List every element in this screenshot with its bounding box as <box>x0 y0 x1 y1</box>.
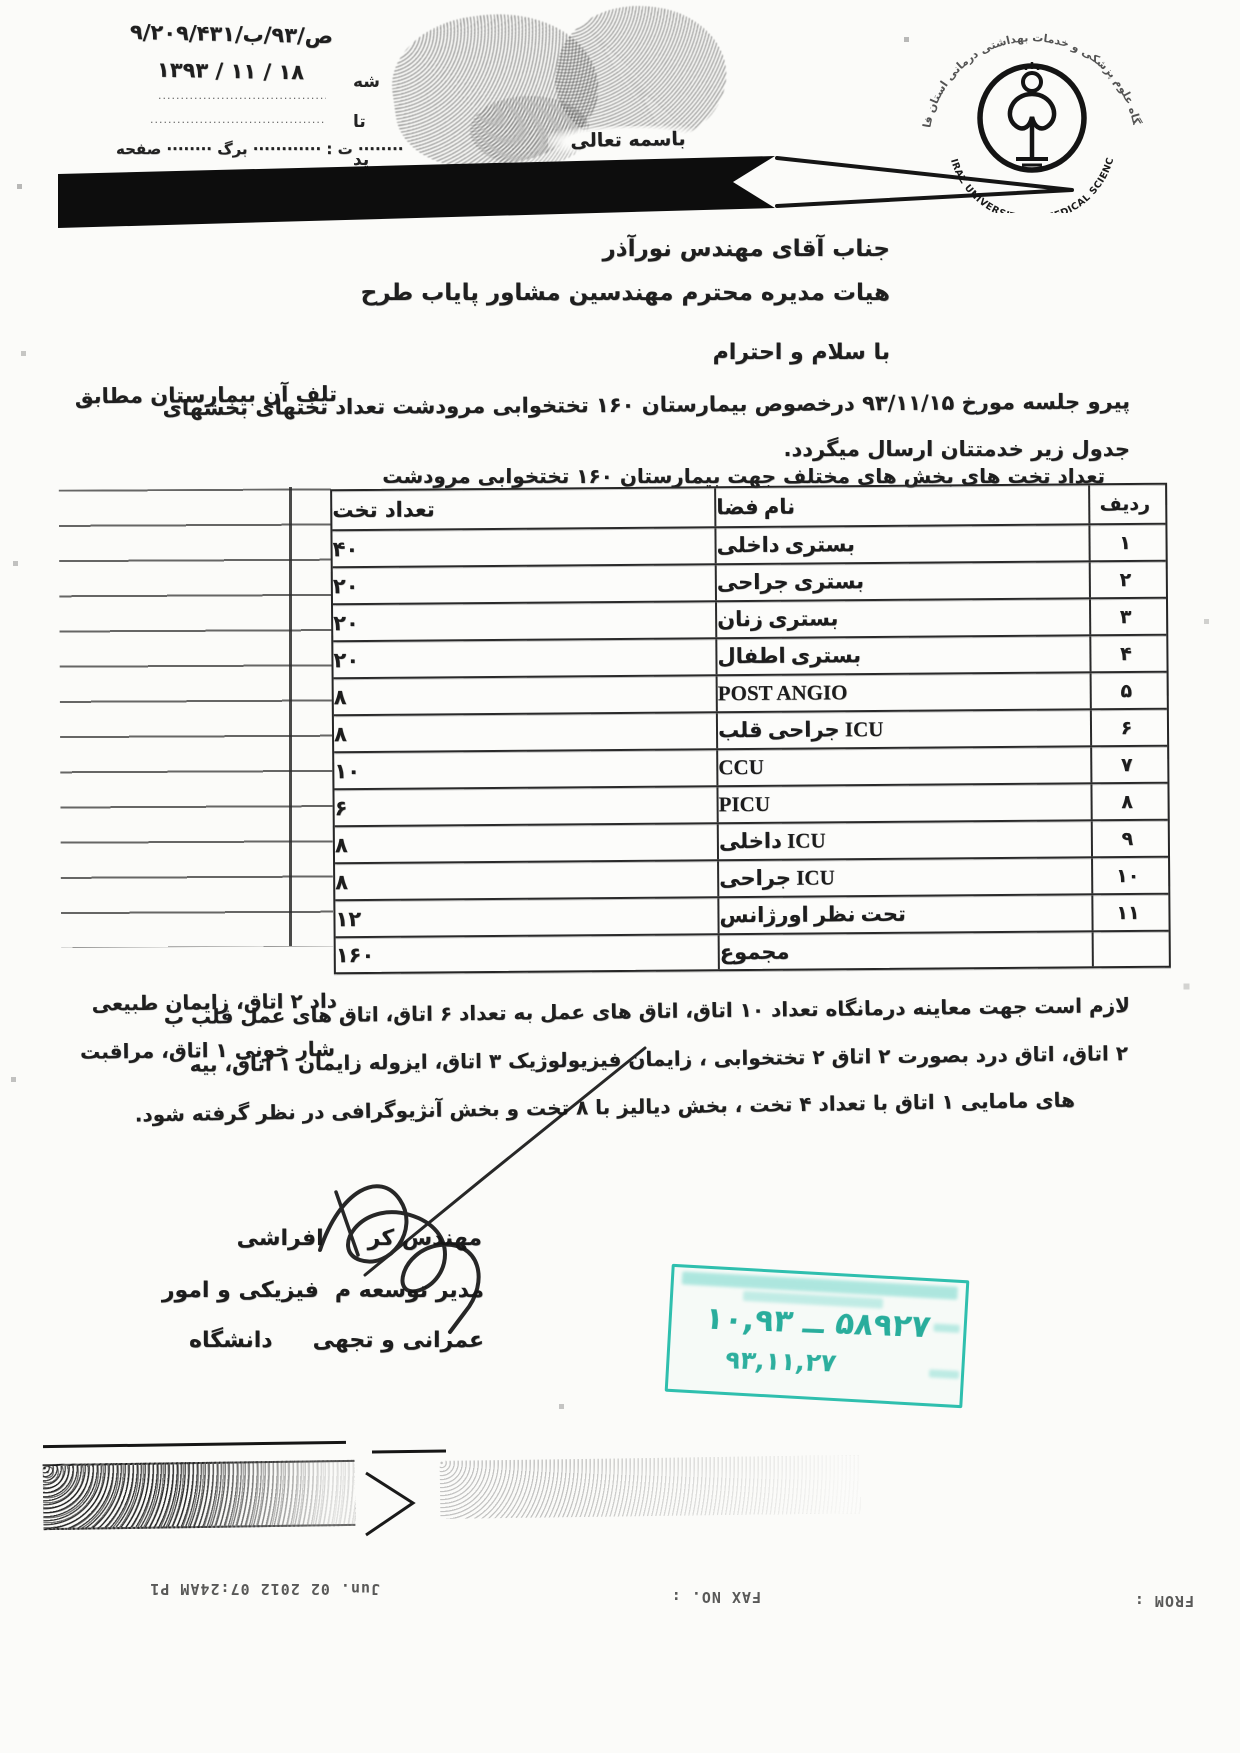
cell-name: CCU <box>716 747 1092 785</box>
dotted-leader: ······································· <box>150 116 326 129</box>
cell-beds: ۸ <box>334 676 716 714</box>
cell-name: ICU جراحی قلب <box>716 710 1092 748</box>
cell-beds: ۱۲ <box>335 898 717 936</box>
stamp-illegible-text <box>929 1369 959 1379</box>
cell-name: PICU <box>716 784 1092 822</box>
label-fragment-number: شه <box>353 72 380 92</box>
beds-table: تعداد تخت نام فضا ردیف ۴۰ بستری داخلی ۱ … <box>330 483 1171 975</box>
body-line-1-fold-fragment: تلف آن بیمارستان مطابق <box>113 382 337 408</box>
bottom-banner-speckle-fade <box>440 1455 861 1519</box>
cell-radif: ۸ <box>1092 784 1161 820</box>
bottom-banner-line <box>372 1449 446 1453</box>
cell-name: ICU جراحی <box>717 858 1093 896</box>
cell-name: بستری زنان <box>715 599 1091 637</box>
table-total-row: ۱۶۰ مجموع <box>336 932 1169 973</box>
body-line-1: پیرو جلسه مورخ ۹۳/۱۱/۱۵ درخصوص بیمارستان… <box>380 389 1130 418</box>
cell-radif: ۳ <box>1091 599 1160 635</box>
cell-radif: ۴ <box>1091 636 1160 672</box>
cell-beds: ۸ <box>334 713 716 751</box>
cell-beds: ۸ <box>335 861 717 899</box>
cell-name: ICU داخلی <box>717 821 1093 859</box>
page: ص/۹۳/ب/۹/۲۰۹/۴۳۱ ۱۸ / ۱۱ / ۱۳۹۳ ········… <box>0 0 1240 1753</box>
receipt-stamp: ۵۸۹۲۷ ــ ۱۰,۹۳ ۹۳,۱۱,۲۷ <box>665 1264 970 1408</box>
stamp-handwritten-date: ۹۳,۱۱,۲۷ <box>693 1345 868 1379</box>
cell-radif: ۱۱ <box>1093 895 1162 931</box>
dotted-leader: ······································· <box>158 92 326 105</box>
cell-total-beds: ۱۶۰ <box>336 935 718 972</box>
cell-beds: ۲۰ <box>333 602 715 640</box>
fax-number-label: FAX NO. : <box>636 1588 761 1606</box>
cell-beds: ۲۰ <box>333 565 715 603</box>
addressee-line-2: هیات مدیره محترم مهندسین مشاور پایاب طرح <box>470 280 890 306</box>
header-beds: تعداد تخت <box>332 488 714 529</box>
svg-text:دانشگاه علوم پزشکی و خدمات بهد: دانشگاه علوم پزشکی و خدمات بهداشتی درمان… <box>900 18 1143 129</box>
table-header-row: تعداد تخت نام فضا ردیف <box>332 485 1165 532</box>
fax-from-label: FROM : <box>1104 1592 1194 1610</box>
header-radif: ردیف <box>1090 485 1159 524</box>
scan-noise-specks <box>0 0 3 3</box>
header-name: نام فضا <box>714 485 1090 526</box>
cell-name: بستری اطفال <box>715 636 1091 674</box>
cell-beds: ۴۰ <box>332 528 714 566</box>
stamp-handwritten-number: ۵۸۹۲۷ ــ ۱۰,۹۳ <box>669 1300 966 1347</box>
cell-beds: ۲۰ <box>333 639 715 677</box>
notes-line-1-fold-fragment: داد ۲ اتاق، زایمان طبیعی <box>110 989 337 1016</box>
cell-name: بستری داخلی <box>714 525 1090 563</box>
seal-arc-top-text: دانشگاه علوم پزشکی و خدمات بهداشتی درمان… <box>900 18 1143 129</box>
handwritten-signature <box>250 1020 680 1360</box>
label-fragment-date: تا <box>353 112 366 132</box>
bottom-banner-line <box>43 1441 346 1448</box>
body-line-2: جدول زیر خدمتتان ارسال میگردد. <box>700 437 1130 461</box>
cell-radif-empty <box>1094 932 1163 967</box>
scan-row-line-fragments <box>59 488 333 947</box>
cell-radif: ۲ <box>1091 562 1160 598</box>
letter-date: ۱۸ / ۱۱ / ۱۳۹۳ <box>138 57 323 84</box>
scan-vertical-line-fragment <box>289 487 292 946</box>
cell-radif: ۱۰ <box>1093 858 1162 894</box>
addressee-line-1: جناب آقای مهندس نورآذر <box>560 236 890 262</box>
cell-total-label: مجموع <box>718 932 1094 969</box>
cell-beds: ۶ <box>334 787 716 825</box>
cell-radif: ۶ <box>1092 710 1161 746</box>
cell-radif: ۵ <box>1092 673 1161 709</box>
bottom-banner-chevron <box>358 1465 428 1543</box>
cell-name: بستری جراحی <box>715 562 1091 600</box>
fax-timestamp: Jun. 02 2012 07:24AM P1 <box>130 1580 380 1598</box>
letterhead-banner <box>40 140 1100 235</box>
cell-name: POST ANGIO <box>716 673 1092 711</box>
cell-radif: ۱ <box>1090 525 1159 561</box>
ref-number: ص/۹۳/ب/۹/۲۰۹/۴۳۱ <box>118 20 333 48</box>
cell-beds: ۸ <box>335 824 717 862</box>
cell-name: تحت نظر اورژانس <box>717 895 1093 933</box>
cell-radif: ۷ <box>1092 747 1161 783</box>
cell-radif: ۹ <box>1093 821 1162 857</box>
cell-beds: ۱۰ <box>334 750 716 788</box>
salutation: با سلام و احترام <box>660 340 890 365</box>
bottom-banner-speckle-bar <box>43 1460 356 1530</box>
